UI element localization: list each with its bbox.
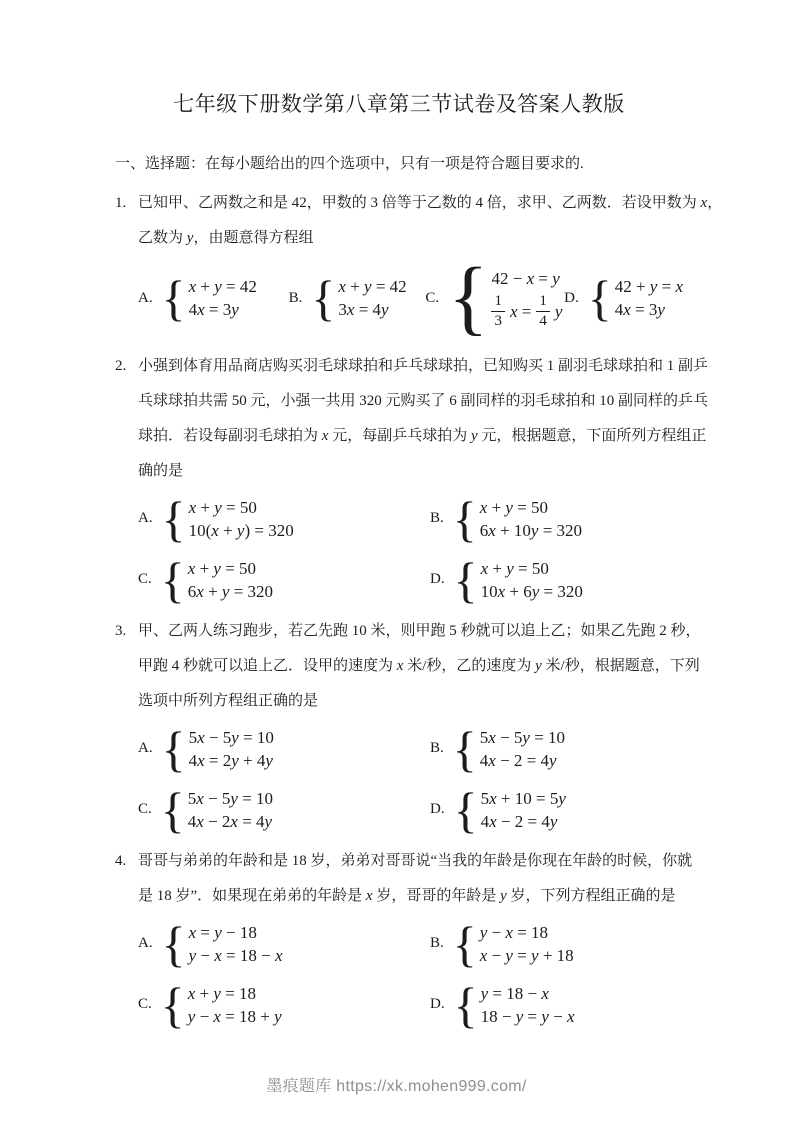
- question-number: 1.: [115, 186, 138, 221]
- equation-line: y − x = 18 − x: [189, 944, 283, 967]
- equation-line: 10(x + y) = 320: [189, 519, 294, 542]
- option-2c: C. { x + y = 50 6x + y = 320: [138, 556, 430, 604]
- question-text-line: 1.已知甲、乙两数之和是 42，甲数的 3 倍等于乙数的 4 倍，求甲、乙两数．…: [115, 186, 683, 221]
- option-label: B.: [289, 290, 303, 307]
- option-3a: A. { 5x − 5y = 10 4x = 2y + 4y: [138, 725, 430, 773]
- page-title: 七年级下册数学第八章第三节试卷及答案人教版: [115, 0, 683, 118]
- equation-line: 4x − 2 = 4y: [481, 810, 566, 833]
- option-1c: C. { 42 − x = y 1 3 x = 1 4: [425, 258, 564, 339]
- question-text-line: 乓球球拍共需 50 元，小强一共用 320 元购买了 6 副同样的羽毛球拍和 1…: [115, 384, 683, 419]
- equation-line: 6x + y = 320: [188, 580, 273, 603]
- equation-line: 5x − 5y = 10: [189, 726, 274, 749]
- option-label: B.: [430, 740, 444, 757]
- option-label: C.: [138, 996, 152, 1013]
- question-number: 3.: [115, 614, 138, 649]
- equation-line: 4x = 3y: [615, 298, 683, 321]
- question-text-line: 是 18 岁”．如果现在弟弟的年龄是 x 岁，哥哥的年龄是 y 岁，下列方程组正…: [115, 879, 683, 914]
- question-number: 4.: [115, 844, 138, 879]
- left-brace-icon: {: [453, 920, 477, 968]
- option-4c: C. { x + y = 18 y − x = 18 + y: [138, 981, 430, 1029]
- option-4b: B. { y − x = 18 x − y = y + 18: [430, 920, 575, 968]
- equation-line: x − y = y + 18: [480, 944, 574, 967]
- option-label: A.: [138, 740, 153, 757]
- left-brace-icon: {: [162, 274, 186, 322]
- option-label: C.: [138, 571, 152, 588]
- equation-line: 18 − y = y − x: [481, 1005, 575, 1028]
- fraction-denominator: 4: [539, 312, 547, 330]
- question-number: 2.: [115, 349, 138, 384]
- left-brace-icon: {: [161, 786, 185, 834]
- equation-line: 42 + y = x: [615, 275, 683, 298]
- page-content: 七年级下册数学第八章第三节试卷及答案人教版 一、选择题：在每小题给出的四个选项中…: [0, 0, 793, 1029]
- equation-line: x + y = 50: [188, 557, 273, 580]
- option-3d: D. { 5x + 10 = 5y 4x − 2 = 4y: [430, 786, 566, 834]
- section-header: 一、选择题：在每小题给出的四个选项中，只有一项是符合题目要求的.: [115, 152, 683, 176]
- question-text-line: 3.甲、乙两人练习跑步，若乙先跑 10 米，则甲跑 5 秒就可以追上乙；如果乙先…: [115, 614, 683, 649]
- left-brace-icon: {: [161, 556, 185, 604]
- equation-fragment: x =: [510, 300, 531, 323]
- question-text: 小强到体育用品商店购买羽毛球球拍和乒乓球球拍，已知购买 1 副羽毛球球拍和 1 …: [138, 358, 708, 374]
- equation-line: 3x = 4y: [338, 298, 406, 321]
- test-paper-page: 七年级下册数学第八章第三节试卷及答案人教版 一、选择题：在每小题给出的四个选项中…: [0, 0, 793, 1122]
- question-1: 1.已知甲、乙两数之和是 42，甲数的 3 倍等于乙数的 4 倍，求甲、乙两数．…: [115, 186, 683, 339]
- equation-line: x + y = 50: [189, 496, 294, 519]
- equation-line: x = y − 18: [189, 921, 283, 944]
- fraction-numerator: 1: [491, 293, 505, 312]
- left-brace-icon: {: [162, 725, 186, 773]
- question-text-line: 球拍．若设每副羽毛球拍为 x 元，每副乒乓球拍为 y 元，根据题意，下面所列方程…: [115, 419, 683, 454]
- question-text-line: 甲跑 4 秒就可以追上乙．设甲的速度为 x 米/秒，乙的速度为 y 米/秒，根据…: [115, 649, 683, 684]
- left-brace-icon: {: [453, 495, 477, 543]
- equation-line: x + y = 42: [189, 275, 257, 298]
- options-grid: A. { x + y = 50 10(x + y) = 320 B. { x +…: [115, 495, 683, 604]
- equation-line: 4x − 2x = 4y: [188, 810, 273, 833]
- question-4: 4.哥哥与弟弟的年龄和是 18 岁，弟弟对哥哥说“当我的年龄是你现在年龄的时候，…: [115, 844, 683, 1029]
- options-row: A. { x + y = 42 4x = 3y B. { x + y = 42 …: [115, 258, 683, 339]
- equation-line: 6x + 10y = 320: [480, 519, 582, 542]
- equation-line: 4x − 2 = 4y: [480, 749, 565, 772]
- fraction: 1 4: [536, 293, 550, 331]
- question-text: 甲、乙两人练习跑步，若乙先跑 10 米，则甲跑 5 秒就可以追上乙；如果乙先跑 …: [138, 623, 701, 639]
- equation-line: y − x = 18 + y: [188, 1005, 282, 1028]
- equation-line: 5x − 5y = 10: [480, 726, 565, 749]
- equation-line: 5x + 10 = 5y: [481, 787, 566, 810]
- options-grid: A. { x = y − 18 y − x = 18 − x B. { y − …: [115, 920, 683, 1029]
- equation-line: y = 18 − x: [481, 982, 575, 1005]
- option-3b: B. { 5x − 5y = 10 4x − 2 = 4y: [430, 725, 566, 773]
- left-brace-icon: {: [161, 981, 185, 1029]
- equation-line: x + y = 42: [338, 275, 406, 298]
- fraction-denominator: 3: [494, 312, 502, 330]
- option-label: D.: [430, 801, 445, 818]
- option-label: A.: [138, 510, 153, 527]
- question-text-line: 选项中所列方程组正确的是: [115, 684, 683, 719]
- equation-line: 4x = 2y + 4y: [189, 749, 274, 772]
- question-text-line: 4.哥哥与弟弟的年龄和是 18 岁，弟弟对哥哥说“当我的年龄是你现在年龄的时候，…: [115, 844, 683, 879]
- equation-line: 1 3 x = 1 4 y: [491, 293, 562, 331]
- option-2a: A. { x + y = 50 10(x + y) = 320: [138, 495, 430, 543]
- left-brace-icon: {: [453, 725, 477, 773]
- option-label: A.: [138, 935, 153, 952]
- equation-line: 5x − 5y = 10: [188, 787, 273, 810]
- option-2d: D. { x + y = 50 10x + 6y = 320: [430, 556, 583, 604]
- equation-fragment: y: [555, 300, 563, 323]
- equation-line: 4x = 3y: [189, 298, 257, 321]
- left-brace-icon: {: [454, 786, 478, 834]
- watermark-footer: 墨痕题库 https://xk.mohen999.com/: [0, 1073, 793, 1096]
- fraction: 1 3: [491, 293, 505, 331]
- equation-line: 42 − x = y: [491, 267, 562, 290]
- equation-line: x + y = 50: [480, 496, 582, 519]
- option-label: D.: [430, 571, 445, 588]
- option-1d: D. { 42 + y = x 4x = 3y: [564, 274, 683, 322]
- option-label: C.: [425, 290, 439, 307]
- equation-line: 10x + 6y = 320: [481, 580, 583, 603]
- question-text-line: 确的是: [115, 454, 683, 489]
- question-text: 已知甲、乙两数之和是 42，甲数的 3 倍等于乙数的 4 倍，求甲、乙两数．若设…: [138, 195, 722, 211]
- options-grid: A. { 5x − 5y = 10 4x = 2y + 4y B. { 5x −…: [115, 725, 683, 834]
- question-3: 3.甲、乙两人练习跑步，若乙先跑 10 米，则甲跑 5 秒就可以追上乙；如果乙先…: [115, 614, 683, 834]
- question-text-line: 乙数为 y，由题意得方程组: [115, 221, 683, 256]
- fraction-numerator: 1: [536, 293, 550, 312]
- option-3c: C. { 5x − 5y = 10 4x − 2x = 4y: [138, 786, 430, 834]
- left-brace-icon: {: [454, 556, 478, 604]
- equation-line: x + y = 50: [481, 557, 583, 580]
- left-brace-icon: {: [311, 274, 335, 322]
- left-brace-icon: {: [454, 981, 478, 1029]
- left-brace-icon: {: [162, 920, 186, 968]
- option-2b: B. { x + y = 50 6x + 10y = 320: [430, 495, 583, 543]
- option-label: B.: [430, 510, 444, 527]
- equation-line: x + y = 18: [188, 982, 282, 1005]
- option-label: D.: [564, 290, 579, 307]
- question-text: 哥哥与弟弟的年龄和是 18 岁，弟弟对哥哥说“当我的年龄是你现在年龄的时候，你就: [138, 853, 692, 869]
- question-2: 2.小强到体育用品商店购买羽毛球球拍和乒乓球球拍，已知购买 1 副羽毛球球拍和 …: [115, 349, 683, 604]
- option-label: D.: [430, 996, 445, 1013]
- option-4a: A. { x = y − 18 y − x = 18 − x: [138, 920, 430, 968]
- question-text-line: 2.小强到体育用品商店购买羽毛球球拍和乒乓球球拍，已知购买 1 副羽毛球球拍和 …: [115, 349, 683, 384]
- option-label: C.: [138, 801, 152, 818]
- left-brace-icon: {: [162, 495, 186, 543]
- option-1a: A. { x + y = 42 4x = 3y: [138, 274, 289, 322]
- left-brace-icon: {: [448, 258, 488, 339]
- equation-line: y − x = 18: [480, 921, 574, 944]
- option-label: A.: [138, 290, 153, 307]
- option-label: B.: [430, 935, 444, 952]
- option-4d: D. { y = 18 − x 18 − y = y − x: [430, 981, 575, 1029]
- option-1b: B. { x + y = 42 3x = 4y: [289, 274, 426, 322]
- left-brace-icon: {: [588, 274, 612, 322]
